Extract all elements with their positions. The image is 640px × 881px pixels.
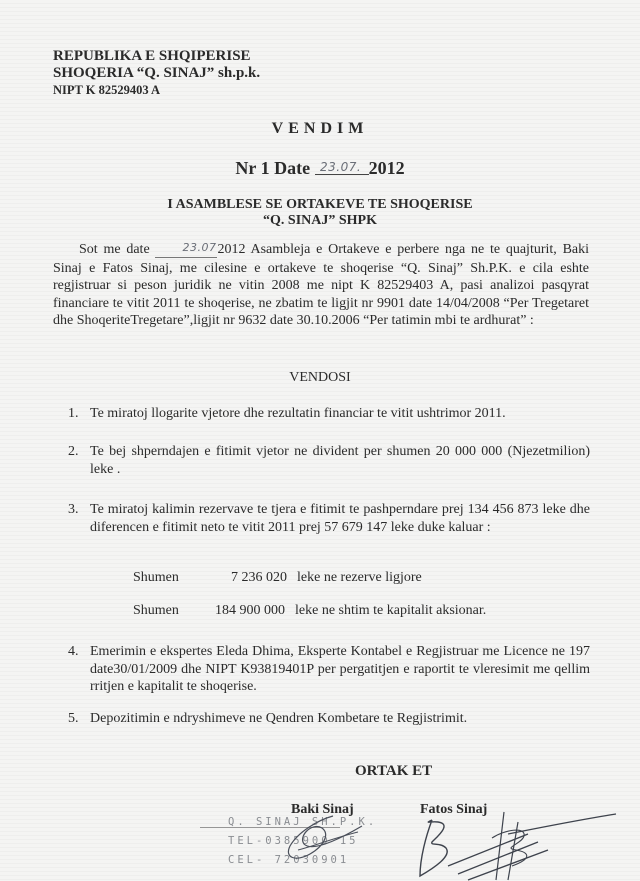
resolution-item: 2. Te bej shperndajen e fitimit vjetor n… bbox=[68, 443, 590, 478]
item-number: 1. bbox=[68, 405, 90, 423]
allocation-text: leke ne shtim te kapitalit aksionar. bbox=[295, 603, 486, 618]
item-text: Emerimin e ekspertes Eleda Dhima, Eksper… bbox=[90, 643, 590, 696]
letterhead-nipt: NIPT K 82529403 A bbox=[53, 82, 260, 99]
allocation-text: leke ne rezerve ligjore bbox=[297, 570, 422, 585]
stamp-tel: TEL-0385900 15 bbox=[228, 832, 377, 851]
resolution-heading: VENDOSI bbox=[0, 370, 640, 386]
handwritten-date: 23.07. bbox=[315, 160, 369, 175]
item-text: Te miratoj llogarite vjetore dhe rezulta… bbox=[90, 405, 590, 423]
resolution-item: 4. Emerimin e ekspertes Eleda Dhima, Eks… bbox=[68, 643, 590, 696]
allocation-amount: 7 236 020 bbox=[199, 570, 297, 586]
company-stamp: Q. SINAJ SH.P.K. TEL-0385900 15 CEL- 720… bbox=[228, 813, 377, 870]
intro-handwritten-date: 23.07 bbox=[155, 239, 217, 258]
decision-number-line: Nr 1 Date 23.07.2012 bbox=[0, 158, 640, 179]
item-number: 2. bbox=[68, 443, 90, 478]
allocation-label: Shumen bbox=[133, 570, 199, 586]
allocation-label: Shumen bbox=[133, 603, 199, 619]
stamp-cel: CEL- 72030901 bbox=[228, 851, 377, 870]
letterhead-country: REPUBLIKA E SHQIPERISE bbox=[53, 48, 260, 65]
allocation-amount: 184 900 000 bbox=[199, 603, 295, 619]
item-number: 5. bbox=[68, 710, 90, 728]
partner-name-baki: Baki Sinaj bbox=[291, 802, 354, 818]
intro-prefix: Sot me date bbox=[79, 242, 150, 257]
assembly-heading-line2: “Q. SINAJ” SHPK bbox=[0, 213, 640, 229]
partner-name-fatos: Fatos Sinaj bbox=[420, 802, 487, 818]
item-text: Te miratoj kalimin rezervave te tjera e … bbox=[90, 501, 590, 536]
assembly-heading-line1: I ASAMBLESE SE ORTAKEVE TE SHOQERISE bbox=[0, 197, 640, 213]
decision-year: 2012 bbox=[369, 158, 405, 178]
item-number: 4. bbox=[68, 643, 90, 696]
allocation-capital-increase: Shumen184 900 000leke ne shtim te kapita… bbox=[133, 603, 486, 619]
item-number: 3. bbox=[68, 501, 90, 536]
allocation-legal-reserve: Shumen7 236 020leke ne rezerve ligjore bbox=[133, 570, 422, 586]
letterhead: REPUBLIKA E SHQIPERISE SHOQERIA “Q. SINA… bbox=[53, 48, 260, 99]
signature-fatos-icon bbox=[408, 808, 618, 881]
resolution-item: 5. Depozitimin e ndryshimeve ne Qendren … bbox=[68, 710, 590, 728]
decision-number-label: Nr 1 Date bbox=[235, 158, 314, 178]
letterhead-company: SHOQERIA “Q. SINAJ” sh.p.k. bbox=[53, 65, 260, 82]
assembly-heading: I ASAMBLESE SE ORTAKEVE TE SHOQERISE “Q.… bbox=[0, 197, 640, 229]
partners-heading: ORTAK ET bbox=[355, 763, 432, 780]
resolution-item: 1. Te miratoj llogarite vjetore dhe rezu… bbox=[68, 405, 590, 423]
item-text: Te bej shperndajen e fitimit vjetor ne d… bbox=[90, 443, 590, 478]
document-title: VENDIM bbox=[0, 120, 640, 138]
item-text: Depozitimin e ndryshimeve ne Qendren Kom… bbox=[90, 710, 590, 728]
document-page: REPUBLIKA E SHQIPERISE SHOQERIA “Q. SINA… bbox=[0, 0, 640, 881]
intro-paragraph: Sot me date 23.072012 Asambleja e Ortake… bbox=[53, 241, 589, 330]
resolution-item: 3. Te miratoj kalimin rezervave te tjera… bbox=[68, 501, 590, 536]
